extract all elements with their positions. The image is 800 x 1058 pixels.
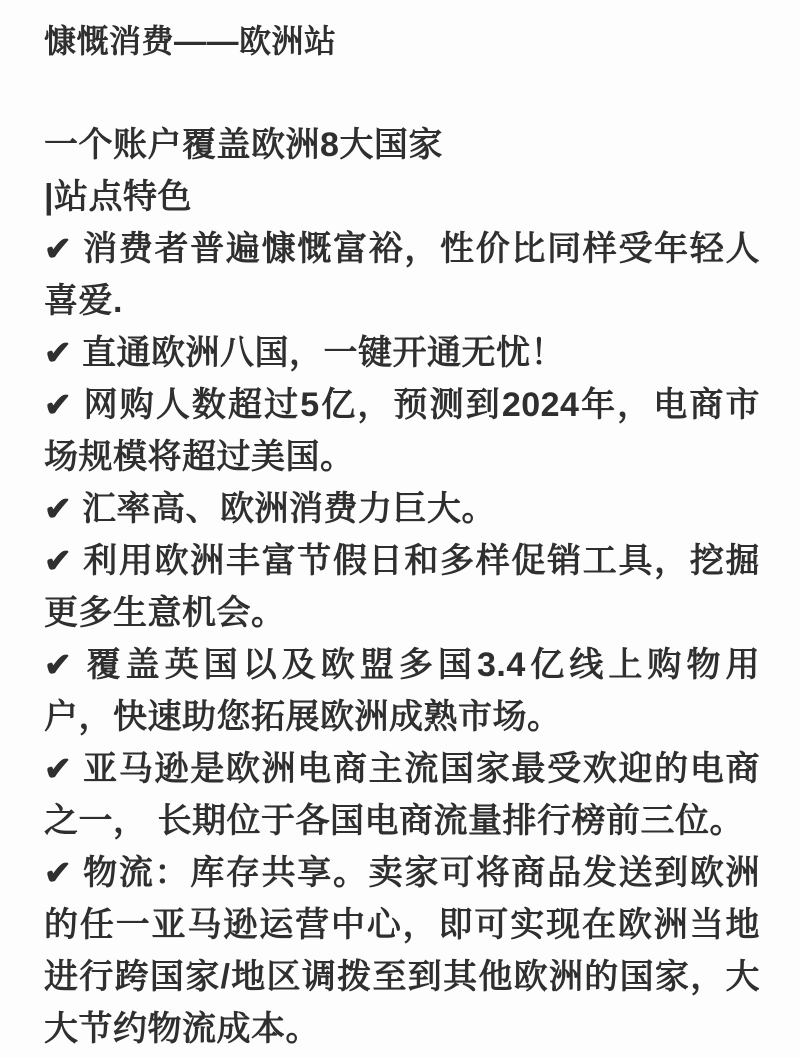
- bullet-eight-countries-text: 直通欧洲八国，一键开通无忧！: [82, 334, 565, 372]
- bullet-amazon-popular-text: 亚马逊是欧洲电商主流国家最受欢迎的电商: [82, 750, 760, 788]
- bullet-amazon-popular: ✔亚马逊是欧洲电商主流国家最受欢迎的电商: [44, 743, 760, 795]
- check-icon: ✔: [44, 483, 82, 535]
- spacer: [44, 67, 760, 119]
- bullet-amazon-popular-cont-text: 之一， 长期位于各国电商流量排行榜前三位。: [44, 802, 744, 840]
- bullet-online-shoppers-cont-text: 场规模将超过美国。: [44, 438, 355, 476]
- bullet-holidays-cont-text: 更多生意机会。: [44, 594, 286, 632]
- bullet-exchange-rate-text: 汇率高、欧洲消费力巨大。: [82, 490, 496, 528]
- bullet-logistics-cont1: 的任一亚马逊运营中心，即可实现在欧洲当地: [44, 899, 760, 951]
- bullet-logistics-cont3: 大节约物流成本。: [44, 1003, 760, 1055]
- bullet-coverage: ✔覆盖英国以及欧盟多国3.4亿线上购物用: [44, 639, 760, 691]
- section-label: |站点特色: [44, 171, 760, 223]
- check-icon: ✔: [44, 379, 82, 431]
- bullet-eight-countries: ✔直通欧洲八国，一键开通无忧！: [44, 327, 760, 379]
- subtitle-text: 一个账户覆盖欧洲8大国家: [44, 126, 443, 164]
- bullet-logistics-cont1-text: 的任一亚马逊运营中心，即可实现在欧洲当地: [44, 906, 760, 944]
- article-text-block: 慷慨消费——欧洲站一个账户覆盖欧洲8大国家|站点特色✔消费者普遍慷慨富裕，性价比…: [44, 15, 760, 1055]
- bullet-consumers-cont: 喜爱.: [44, 275, 760, 327]
- bullet-consumers: ✔消费者普遍慷慨富裕，性价比同样受年轻人: [44, 223, 760, 275]
- bullet-amazon-popular-cont: 之一， 长期位于各国电商流量排行榜前三位。: [44, 795, 760, 847]
- check-icon: ✔: [44, 223, 82, 275]
- bullet-logistics-text: 物流：库存共享。卖家可将商品发送到欧洲: [82, 854, 760, 892]
- bullet-coverage-cont: 户，快速助您拓展欧洲成熟市场。: [44, 691, 760, 743]
- check-icon: ✔: [44, 639, 82, 691]
- bullet-holidays-text: 利用欧洲丰富节假日和多样促销工具，挖掘: [82, 542, 760, 580]
- bullet-online-shoppers-cont: 场规模将超过美国。: [44, 431, 760, 483]
- check-icon: ✔: [44, 847, 82, 899]
- bullet-exchange-rate: ✔汇率高、欧洲消费力巨大。: [44, 483, 760, 535]
- bullet-coverage-cont-text: 户，快速助您拓展欧洲成熟市场。: [44, 698, 562, 736]
- bullet-holidays: ✔利用欧洲丰富节假日和多样促销工具，挖掘: [44, 535, 760, 587]
- bullet-logistics-cont3-text: 大节约物流成本。: [44, 1010, 320, 1048]
- check-icon: ✔: [44, 535, 82, 587]
- bullet-coverage-text: 覆盖英国以及欧盟多国3.4亿线上购物用: [82, 646, 760, 684]
- page-title-text: 慷慨消费——欧洲站: [44, 23, 337, 59]
- subtitle: 一个账户覆盖欧洲8大国家: [44, 119, 760, 171]
- bullet-consumers-cont-text: 喜爱.: [44, 282, 123, 320]
- bullet-online-shoppers-text: 网购人数超过5亿，预测到2024年，电商市: [82, 386, 760, 424]
- page-title: 慷慨消费——欧洲站: [44, 15, 760, 67]
- check-icon: ✔: [44, 327, 82, 379]
- bullet-holidays-cont: 更多生意机会。: [44, 587, 760, 639]
- article-page: 慷慨消费——欧洲站一个账户覆盖欧洲8大国家|站点特色✔消费者普遍慷慨富裕，性价比…: [0, 0, 800, 1058]
- bullet-consumers-text: 消费者普遍慷慨富裕，性价比同样受年轻人: [82, 230, 760, 268]
- bullet-logistics-cont2: 进行跨国家/地区调拨至到其他欧洲的国家，大: [44, 951, 760, 1003]
- bullet-logistics: ✔物流：库存共享。卖家可将商品发送到欧洲: [44, 847, 760, 899]
- bullet-online-shoppers: ✔网购人数超过5亿，预测到2024年，电商市: [44, 379, 760, 431]
- section-label-text: |站点特色: [44, 178, 192, 216]
- bullet-logistics-cont2-text: 进行跨国家/地区调拨至到其他欧洲的国家，大: [44, 958, 760, 996]
- check-icon: ✔: [44, 743, 82, 795]
